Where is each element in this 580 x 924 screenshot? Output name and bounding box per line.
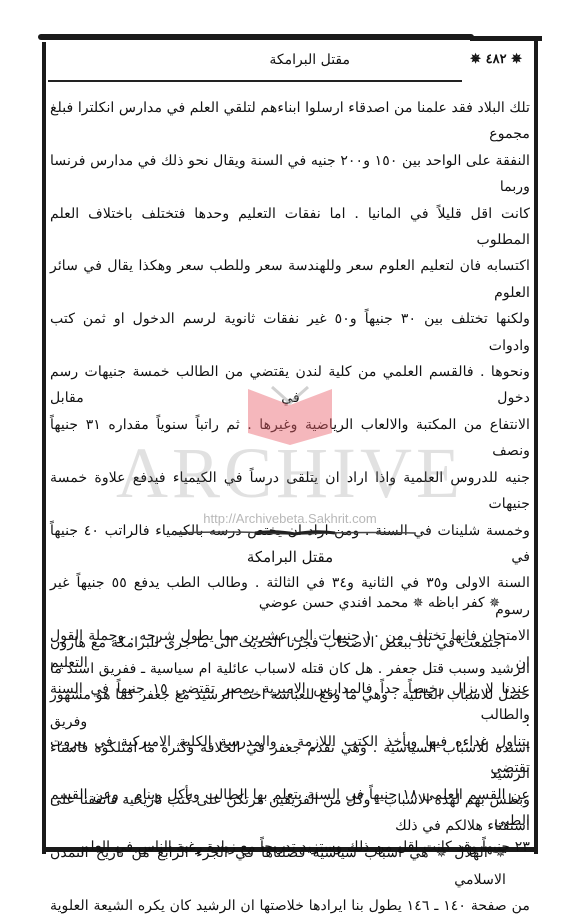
ornament-star-icon: ✵ xyxy=(436,846,447,861)
text-line: اجتمعت في ناد ببعض الاصحاب فجرنا الحديث … xyxy=(50,630,530,656)
text-line: الانتفاع من المكتبة والالعاب الرياضية وغ… xyxy=(50,412,530,465)
text-line: اسنده للاسباب السياسية . وهي تقدم جعفر ف… xyxy=(50,735,530,787)
ornament-star-icon: ✵ xyxy=(495,846,506,861)
text-line: كانت اقل قليلاً في المانيا . اما نفقات ا… xyxy=(50,201,530,254)
page-number: ✵ ٤٨٢ ✵ xyxy=(470,52,522,67)
byline-author: محمد افندي حسن عوضي xyxy=(259,595,408,611)
text-line: الرشيد وسبب قتل جعفر . هل كان قتله لاسبا… xyxy=(50,656,530,682)
running-title: مقتل البرامكة xyxy=(269,52,350,68)
ornament-star-icon: ✵ xyxy=(489,596,500,611)
ornamental-divider xyxy=(175,530,415,536)
text-line: النفقة على الواحد بين ١٥٠ و٢٠٠ جنيه في ا… xyxy=(50,148,530,201)
text-line: جنيه للدروس العلمية واذا اراد ان يتلقى د… xyxy=(50,465,530,518)
answer-label: الهلال xyxy=(454,845,488,861)
answer-line: ✵ الهلال ✵ هي اسباب سياسية فصلناها في ال… xyxy=(50,840,530,893)
text-line: ولكنها تختلف بين ٣٠ جنيهاً و٥٠ غير نفقات… xyxy=(50,306,530,359)
archive-url-watermark: http://Archivebeta.Sakhrit.com xyxy=(0,511,580,526)
page-frame-top-rule-right xyxy=(470,36,542,41)
section-title: مقتل البرامكة xyxy=(0,548,580,566)
text-line: حصل للاسباب العائلية . وهي ما وقع للعباس… xyxy=(50,682,530,734)
text-line: استفتاء هلالكم في ذلك xyxy=(50,813,530,839)
ornament-star-icon: ✵ xyxy=(511,52,522,67)
header-rule xyxy=(48,80,462,82)
text-line: ونحوها . فالقسم العلمي من كلية لندن يقتض… xyxy=(50,359,530,412)
page-frame-left-rule xyxy=(42,42,46,854)
byline-place: كفر اباظه xyxy=(428,595,485,611)
bottom-paragraph: اجتمعت في ناد ببعض الاصحاب فجرنا الحديث … xyxy=(50,630,530,919)
text-line: تلك البلاد فقد علمنا من اصدقاء ارسلوا اب… xyxy=(50,95,530,148)
page-frame-top-rule xyxy=(38,34,474,40)
ornament-star-icon: ✵ xyxy=(413,596,424,611)
page-frame-right-rule xyxy=(534,40,538,854)
text-line: وبطش بهم لهذه الاسباب ـ وكل من الفريقين … xyxy=(50,787,530,813)
running-header: ✵ ٤٨٢ ✵ مقتل البرامكة xyxy=(50,50,530,76)
text-line: من صفحة ١٤٠ ـ ١٤٦ يطول بنا ايرادها خلاصت… xyxy=(50,893,530,919)
text-line: اكتسابه فان لتعليم العلوم سعر وللهندسة س… xyxy=(50,253,530,306)
byline: ✵ كفر اباظه ✵ محمد افندي حسن عوضي xyxy=(259,594,500,613)
ornament-star-icon: ✵ xyxy=(470,52,481,67)
